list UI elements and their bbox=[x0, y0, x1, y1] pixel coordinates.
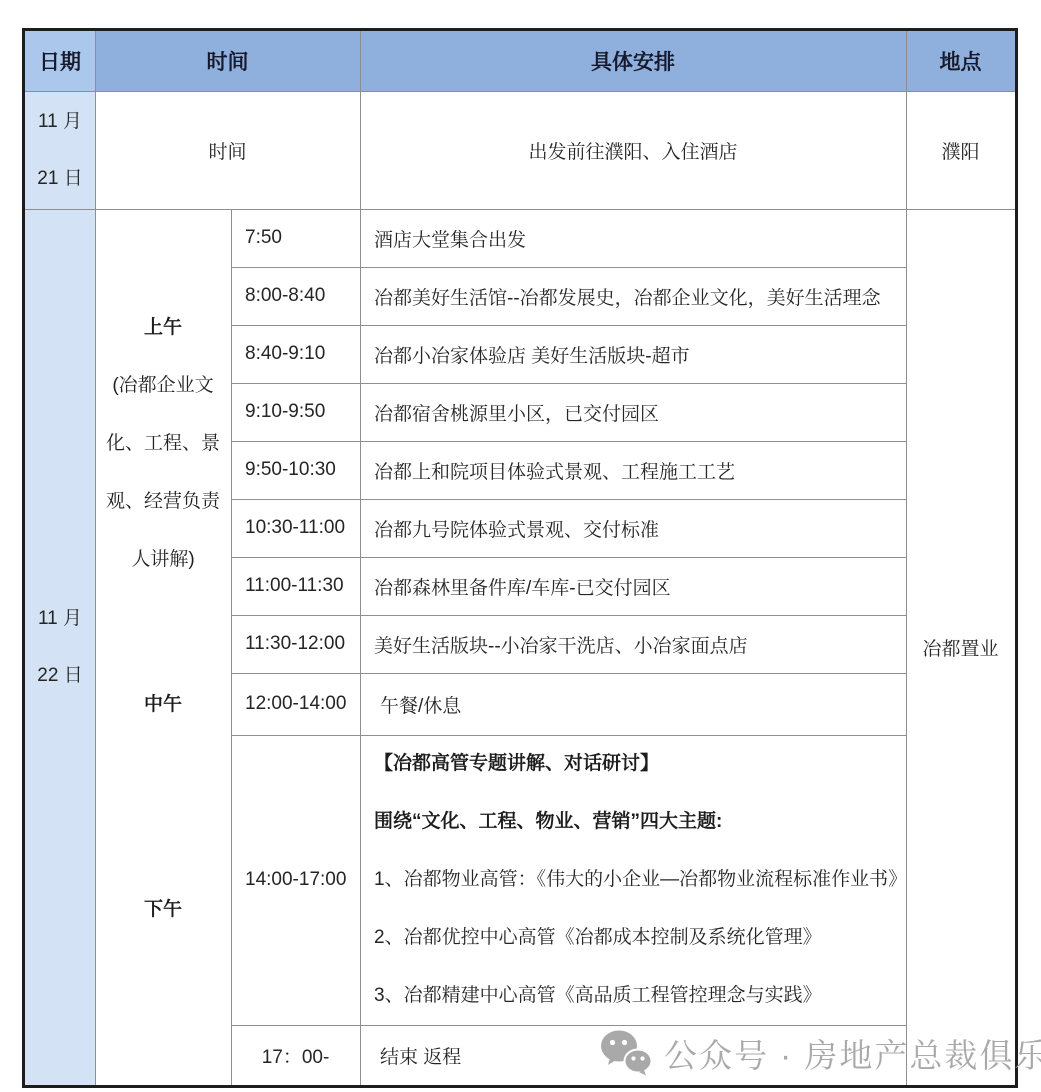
gridline-horizontal bbox=[231, 267, 906, 268]
schedule-table: 日期 时间 具体安排 地点 11 月 21 日 时间 出发前往濮阳、入住酒店 濮… bbox=[22, 28, 1018, 1088]
gridline-horizontal bbox=[231, 615, 906, 616]
header-arrangement: 具体安排 bbox=[360, 31, 906, 91]
gridline-vertical bbox=[360, 31, 361, 1085]
row-activity: 午餐/休息 bbox=[366, 673, 906, 735]
gridline-horizontal bbox=[231, 441, 906, 442]
seminar-line: 围绕“文化、工程、物业、营销”四大主题: bbox=[374, 793, 906, 851]
row-time: 10:30-11:00 bbox=[231, 499, 360, 557]
day1-date-month: 11 月 bbox=[25, 93, 95, 150]
day2-location-cell: 冶都置业 bbox=[906, 209, 1015, 1085]
gridline-horizontal bbox=[231, 325, 906, 326]
seminar-line: 【冶都高管专题讲解、对话研讨】 bbox=[374, 735, 906, 793]
period-noon: 中午 bbox=[95, 676, 231, 734]
day2-date-cell: 11 月 22 日 bbox=[25, 209, 95, 1085]
seminar-line: 3、冶都精建中心高管《高品质工程管控理念与实践》 bbox=[374, 967, 906, 1025]
gridline-horizontal bbox=[231, 673, 906, 674]
day1-time-cell: 时间 bbox=[95, 91, 360, 209]
row-activity: 冶都九号院体验式景观、交付标准 bbox=[360, 499, 906, 557]
gridline-horizontal bbox=[25, 209, 1015, 210]
period-morning-label: 上午 bbox=[95, 299, 231, 357]
row-activity: 冶都美好生活馆--冶都发展史，冶都企业文化，美好生活理念 bbox=[360, 267, 906, 325]
day1-location-cell: 濮阳 bbox=[906, 91, 1015, 209]
gridline-horizontal bbox=[231, 557, 906, 558]
row-time: 8:40-9:10 bbox=[231, 325, 360, 383]
gridline-vertical bbox=[231, 209, 232, 1085]
row-time: 9:10-9:50 bbox=[231, 383, 360, 441]
period-morning-note: (冶都企业文 bbox=[95, 357, 231, 415]
header-location: 地点 bbox=[906, 31, 1015, 91]
row-time: 7:50 bbox=[231, 209, 360, 267]
seminar-activity-cell: 【冶都高管专题讲解、对话研讨】 围绕“文化、工程、物业、营销”四大主题: 1、冶… bbox=[360, 735, 906, 1025]
row-time: 12:00-14:00 bbox=[231, 673, 360, 735]
period-noon-label: 中午 bbox=[95, 676, 231, 734]
day1-date-cell: 11 月 21 日 bbox=[25, 91, 95, 209]
day2-date-day: 22 日 bbox=[25, 647, 95, 704]
period-morning-note: 化、工程、景 bbox=[95, 415, 231, 473]
watermark-text: 公众号 · 房地产总裁俱乐部 bbox=[664, 1030, 1041, 1077]
gridline-horizontal bbox=[231, 383, 906, 384]
day2-period-cell: 上午 (冶都企业文 化、工程、景 观、经营负责 人讲解) 中午 下午 bbox=[95, 209, 231, 1085]
row-activity: 酒店大堂集合出发 bbox=[360, 209, 906, 267]
day1-activity-cell: 出发前往濮阳、入住酒店 bbox=[360, 91, 906, 209]
period-morning-note: 人讲解) bbox=[95, 531, 231, 589]
day2-date-month: 11 月 bbox=[25, 590, 95, 647]
row-activity: 冶都小冶家体验店 美好生活版块-超市 bbox=[360, 325, 906, 383]
gridline-horizontal bbox=[25, 91, 1015, 92]
row-activity: 冶都上和院项目体验式景观、工程施工工艺 bbox=[360, 441, 906, 499]
period-afternoon-label: 下午 bbox=[95, 881, 231, 939]
seminar-time: 14:00-17:00 bbox=[231, 735, 360, 1025]
row-time: 8:00-8:40 bbox=[231, 267, 360, 325]
day1-date-day: 21 日 bbox=[25, 150, 95, 207]
gridline-horizontal bbox=[231, 499, 906, 500]
period-morning: 上午 (冶都企业文 化、工程、景 观、经营负责 人讲解) bbox=[95, 299, 231, 589]
period-morning-note: 观、经营负责 bbox=[95, 473, 231, 531]
seminar-line: 1、冶都物业高管：《伟大的小企业—冶都物业流程标准作业书》 bbox=[374, 851, 906, 909]
row-time: 11:30-12:00 bbox=[231, 615, 360, 673]
seminar-line: 2、冶都优控中心高管《冶都成本控制及系统化管理》 bbox=[374, 909, 906, 967]
watermark: 公众号 · 房地产总裁俱乐部 bbox=[600, 1024, 1030, 1082]
closing-time: 17：00- bbox=[231, 1025, 360, 1085]
period-afternoon: 下午 bbox=[95, 881, 231, 939]
header-date: 日期 bbox=[25, 31, 95, 91]
gridline-vertical bbox=[906, 31, 907, 1085]
gridline-vertical bbox=[95, 31, 96, 1085]
wechat-icon bbox=[600, 1030, 652, 1076]
row-time: 9:50-10:30 bbox=[231, 441, 360, 499]
gridline-horizontal bbox=[231, 735, 906, 736]
row-activity: 冶都宿舍桃源里小区，已交付园区 bbox=[360, 383, 906, 441]
row-activity: 冶都森林里备件库/车库-已交付园区 bbox=[360, 557, 906, 615]
row-time: 11:00-11:30 bbox=[231, 557, 360, 615]
row-activity: 美好生活版块--小冶家干洗店、小冶家面点店 bbox=[360, 615, 906, 673]
header-time: 时间 bbox=[95, 31, 360, 91]
